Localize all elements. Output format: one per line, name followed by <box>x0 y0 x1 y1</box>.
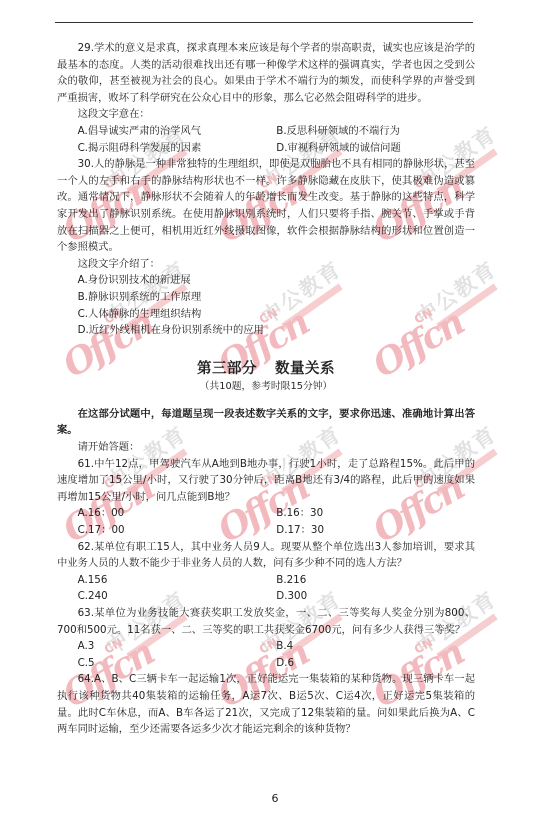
question-62: 62.某单位有职工15人，其中业务人员9人。现要从整个单位选出3人参加培训，要求… <box>57 539 475 605</box>
section-part: 第三部分 <box>197 360 257 377</box>
option-b: B.反思科研领域的不端行为 <box>276 123 475 140</box>
page-number: 6 <box>0 792 550 805</box>
option-a: A.身份识别技术的新进展 <box>57 272 475 289</box>
option-c: C.5 <box>78 655 277 672</box>
question-64: 64.A、B、C三辆卡车一起运输1次，正好能运完一集装箱的某种货物。现三辆卡车一… <box>57 671 475 737</box>
section-instructions: 在这部分试题中，每道题呈现一段表述数字关系的文字，要求你迅速、准确地计算出答案。 <box>57 406 475 439</box>
section-name: 数量关系 <box>275 360 335 377</box>
option-d: D.6 <box>276 655 475 672</box>
question-63: 63.某单位为业务技能大赛获奖职工发放奖金，一、二、三等奖每人奖金分别为800、… <box>57 605 475 671</box>
question-stem: 30.人的静脉是一种非常独特的生理组织，即使是双胞胎也不具有相同的静脉形状，甚至… <box>57 156 475 256</box>
option-a: A.倡导诚实严肃的治学风气 <box>78 123 277 140</box>
option-a: A.156 <box>78 572 277 589</box>
option-c: C.17：00 <box>78 522 277 539</box>
option-b: B.静脉识别系统的工作原理 <box>57 289 475 306</box>
option-d: D.17：30 <box>276 522 475 539</box>
document-page: 29.学术的意义是求真，探求真理本来应该是每个学者的崇高职责，诚实也应该是治学的… <box>57 40 475 738</box>
option-d: D.审视科研领域的诚信问题 <box>276 140 475 157</box>
start-prompt: 请开始答题： <box>57 439 475 456</box>
question-prompt: 这段文字介绍了： <box>57 256 475 273</box>
header-rule <box>55 22 473 23</box>
question-stem: 62.某单位有职工15人，其中业务人员9人。现要从整个单位选出3人参加培训，要求… <box>57 539 475 572</box>
option-c: C.人体静脉的生理组织结构 <box>57 306 475 323</box>
question-prompt: 这段文字意在： <box>57 106 475 123</box>
question-stem: 29.学术的意义是求真，探求真理本来应该是每个学者的崇高职责，诚实也应该是治学的… <box>57 40 475 106</box>
question-61: 61.中午12点，甲驾驶汽车从A地到B地办事，行驶1小时，走了总路程15%。此后… <box>57 456 475 539</box>
question-stem: 64.A、B、C三辆卡车一起运输1次，正好能运完一集装箱的某种货物。现三辆卡车一… <box>57 671 475 737</box>
option-a: A.16：00 <box>78 505 277 522</box>
question-29: 29.学术的意义是求真，探求真理本来应该是每个学者的崇高职责，诚实也应该是治学的… <box>57 40 475 156</box>
option-b: B.4 <box>276 638 475 655</box>
option-d: D.近红外线相机在身份识别系统中的应用 <box>57 322 475 339</box>
section-title: 第三部分数量关系 <box>57 361 475 378</box>
question-stem: 63.某单位为业务技能大赛获奖职工发放奖金，一、二、三等奖每人奖金分别为800、… <box>57 605 475 638</box>
question-stem: 61.中午12点，甲驾驶汽车从A地到B地办事，行驶1小时，走了总路程15%。此后… <box>57 456 475 506</box>
option-b: B.216 <box>276 572 475 589</box>
question-30: 30.人的静脉是一种非常独特的生理组织，即使是双胞胎也不具有相同的静脉形状，甚至… <box>57 156 475 339</box>
option-c: C.240 <box>78 588 277 605</box>
section-subtitle: （共10题，参考时限15分钟） <box>57 379 475 396</box>
option-a: A.3 <box>78 638 277 655</box>
option-c: C.揭示阻碍科学发展的因素 <box>78 140 277 157</box>
option-d: D.300 <box>276 588 475 605</box>
option-b: B.16：30 <box>276 505 475 522</box>
